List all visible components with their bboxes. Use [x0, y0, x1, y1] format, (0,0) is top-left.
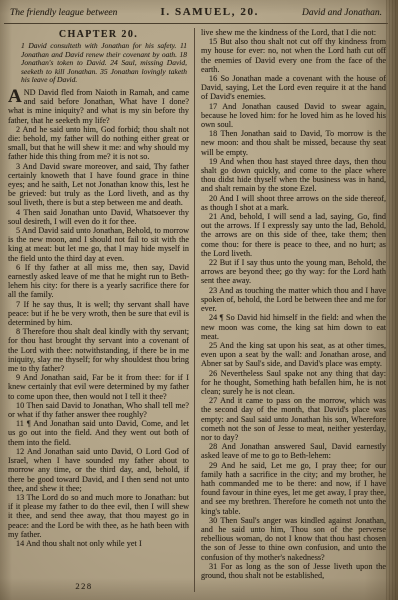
verse-12: 12 And Jonathan said unto David, O Lord … — [8, 447, 189, 493]
verse-26: 26 Nevertheless Saul spake not any thing… — [201, 369, 386, 397]
verse-7: 7 If he say thus, It is well; thy servan… — [8, 300, 189, 328]
verse-17: 17 And Jonathan caused David to swear ag… — [201, 102, 386, 130]
page-number: 228 — [64, 581, 104, 591]
verse-13: 13 The Lord do so and much more to Jonat… — [8, 493, 189, 539]
verse-22: 22 But if I say thus unto the young man,… — [201, 258, 386, 286]
verse-5: 5 And David said unto Jonathan, Behold, … — [8, 226, 189, 263]
header-rule — [4, 23, 388, 24]
verse-25: 25 And the king sat upon his seat, as at… — [201, 341, 386, 369]
book-page-edges — [386, 0, 398, 600]
chapter-heading: CHAPTER 20. — [8, 29, 189, 40]
left-column: CHAPTER 20. 1 David consulteth with Jona… — [8, 28, 194, 592]
verse-14-start: 14 And thou shalt not only while yet I — [8, 539, 189, 548]
verse-24: 24 ¶ So David hid himself in the field: … — [201, 313, 386, 341]
verse-3: 3 And David sware moreover, and said, Th… — [8, 162, 189, 208]
verse-18: 18 Then Jonathan said to David, To morro… — [201, 129, 386, 157]
verse-29: 29 And he said, Let me go, I pray thee; … — [201, 461, 386, 516]
verse-9: 9 And Jonathan said, Far be it from thee… — [8, 373, 189, 401]
left-column-verses: AND David fled from Naioth in Ramah, and… — [8, 88, 189, 548]
running-head-right: David and Jonathan. — [302, 8, 382, 18]
verse-2: 2 And he said unto him, God forbid; thou… — [8, 125, 189, 162]
verse-14-continued: live shew me the kindness of the Lord, t… — [201, 28, 386, 37]
verse-4: 4 Then said Jonathan unto David, Whatsoe… — [8, 208, 189, 226]
verse-19: 19 And when thou hast stayed three days,… — [201, 157, 386, 194]
verse-21: 21 And, behold, I will send a lad, sayin… — [201, 212, 386, 258]
text-columns: CHAPTER 20. 1 David consulteth with Jona… — [8, 28, 386, 592]
bible-book-page: The friendly league between I. SAMUEL, 2… — [0, 0, 398, 600]
running-head: The friendly league between I. SAMUEL, 2… — [10, 6, 382, 18]
verse-6: 6 If thy father at all miss me, then say… — [8, 263, 189, 300]
verse-1: AND David fled from Naioth in Ramah, and… — [8, 88, 189, 125]
verse-8: 8 Therefore thou shalt deal kindly with … — [8, 327, 189, 373]
right-column-verses: live shew me the kindness of the Lord, t… — [201, 28, 386, 580]
book-chapter-title: I. SAMUEL, 20. — [160, 6, 259, 18]
chapter-summary: 1 David consulteth with Jonathan for his… — [8, 42, 189, 85]
right-column: live shew me the kindness of the Lord, t… — [195, 28, 386, 592]
verse-20: 20 And I will shoot three arrows on the … — [201, 194, 386, 212]
verse-11: 11 ¶ And Jonathan said unto David, Come,… — [8, 419, 189, 447]
verse-28: 28 And Jonathan answered Saul, David ear… — [201, 442, 386, 460]
verse-16: 16 So Jonathan made a covenant with the … — [201, 74, 386, 102]
verse-10: 10 Then said David to Jonathan, Who shal… — [8, 401, 189, 419]
verse-15: 15 But also thou shalt not cut off thy k… — [201, 37, 386, 74]
running-head-left: The friendly league between — [10, 8, 117, 18]
verse-30: 30 Then Saul's anger was kindled against… — [201, 516, 386, 562]
verse-31: 31 For as long as the son of Jesse livet… — [201, 562, 386, 580]
verse-27: 27 And it came to pass on the morrow, wh… — [201, 396, 386, 442]
verse-23: 23 And as touching the matter which thou… — [201, 286, 386, 314]
